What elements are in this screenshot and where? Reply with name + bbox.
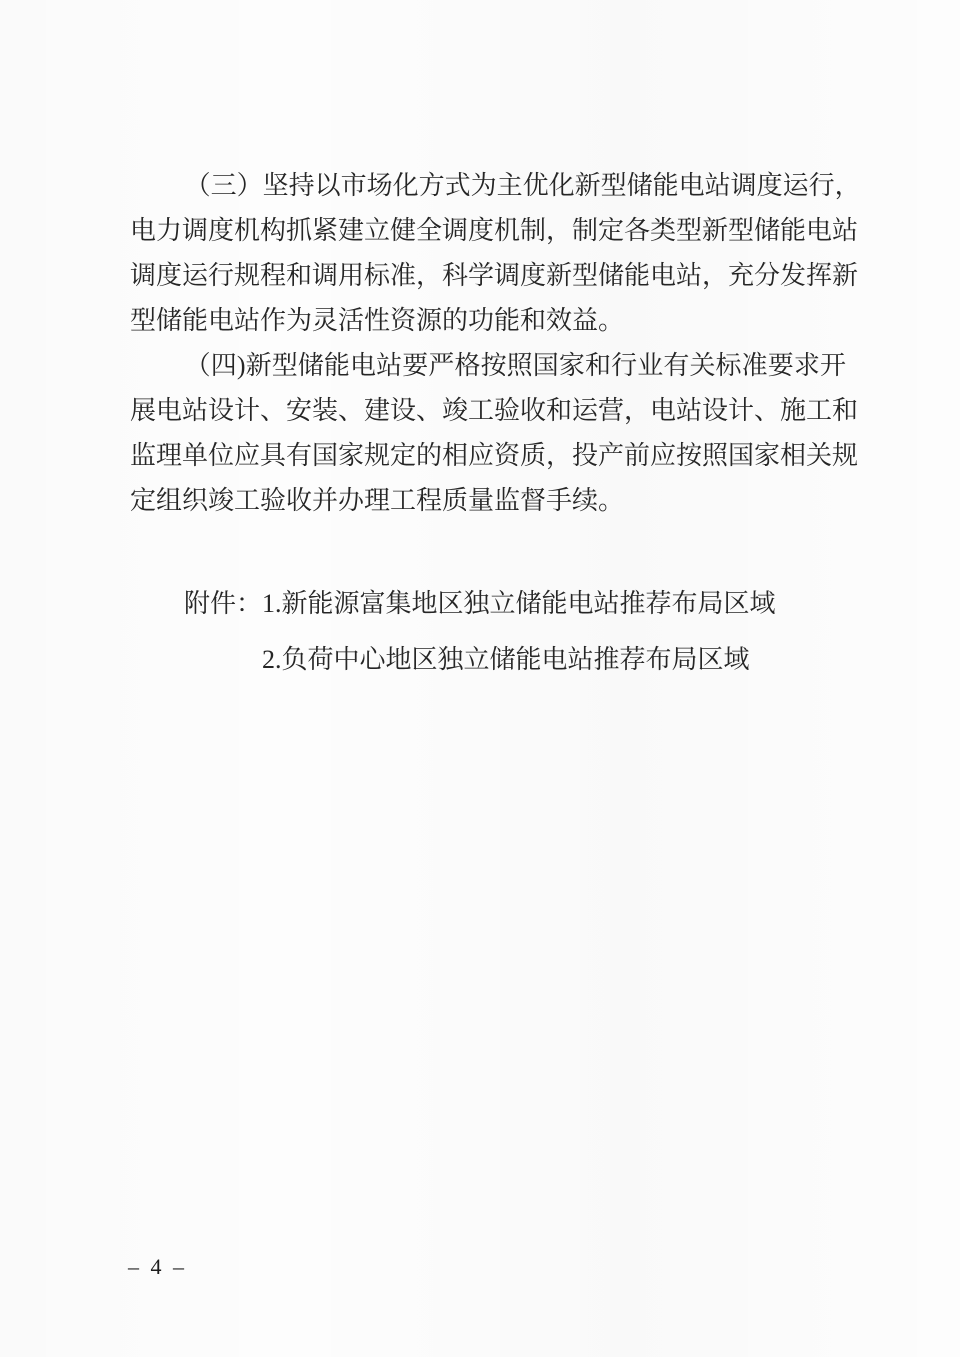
attachments-label: 附件：	[184, 576, 262, 632]
attachments-list: 1.新能源富集地区独立储能电站推荐布局区域 2.负荷中心地区独立储能电站推荐布局…	[262, 576, 776, 688]
text-line: 定组织竣工验收并办理工程质量监督手续。	[130, 478, 846, 523]
attachment-item: 1.新能源富集地区独立储能电站推荐布局区域	[262, 576, 776, 632]
document-page: （三）坚持以市场化方式为主优化新型储能电站调度运行， 电力调度机构抓紧建立健全调…	[0, 0, 960, 1357]
text-line: （四)新型储能电站要严格按照国家和行业有关标准要求开	[130, 343, 846, 388]
text-line: （三）坚持以市场化方式为主优化新型储能电站调度运行，	[130, 163, 846, 208]
attachments-block: 附件： 1.新能源富集地区独立储能电站推荐布局区域 2.负荷中心地区独立储能电站…	[130, 576, 846, 688]
text-line: 电力调度机构抓紧建立健全调度机制，制定各类型新型储能电站	[130, 208, 846, 253]
body-text: （三）坚持以市场化方式为主优化新型储能电站调度运行， 电力调度机构抓紧建立健全调…	[130, 163, 846, 688]
text-line: 展电站设计、安装、建设、竣工验收和运营，电站设计、施工和	[130, 388, 846, 433]
attachment-item: 2.负荷中心地区独立储能电站推荐布局区域	[262, 632, 776, 688]
page-number: – 4 –	[128, 1254, 187, 1280]
text-line: 监理单位应具有国家规定的相应资质，投产前应按照国家相关规	[130, 433, 846, 478]
text-line: 型储能电站作为灵活性资源的功能和效益。	[130, 298, 846, 343]
paragraph-4: （四)新型储能电站要严格按照国家和行业有关标准要求开 展电站设计、安装、建设、竣…	[130, 343, 846, 523]
text-line: 调度运行规程和调用标准，科学调度新型储能电站，充分发挥新	[130, 253, 846, 298]
paragraph-3: （三）坚持以市场化方式为主优化新型储能电站调度运行， 电力调度机构抓紧建立健全调…	[130, 163, 846, 343]
